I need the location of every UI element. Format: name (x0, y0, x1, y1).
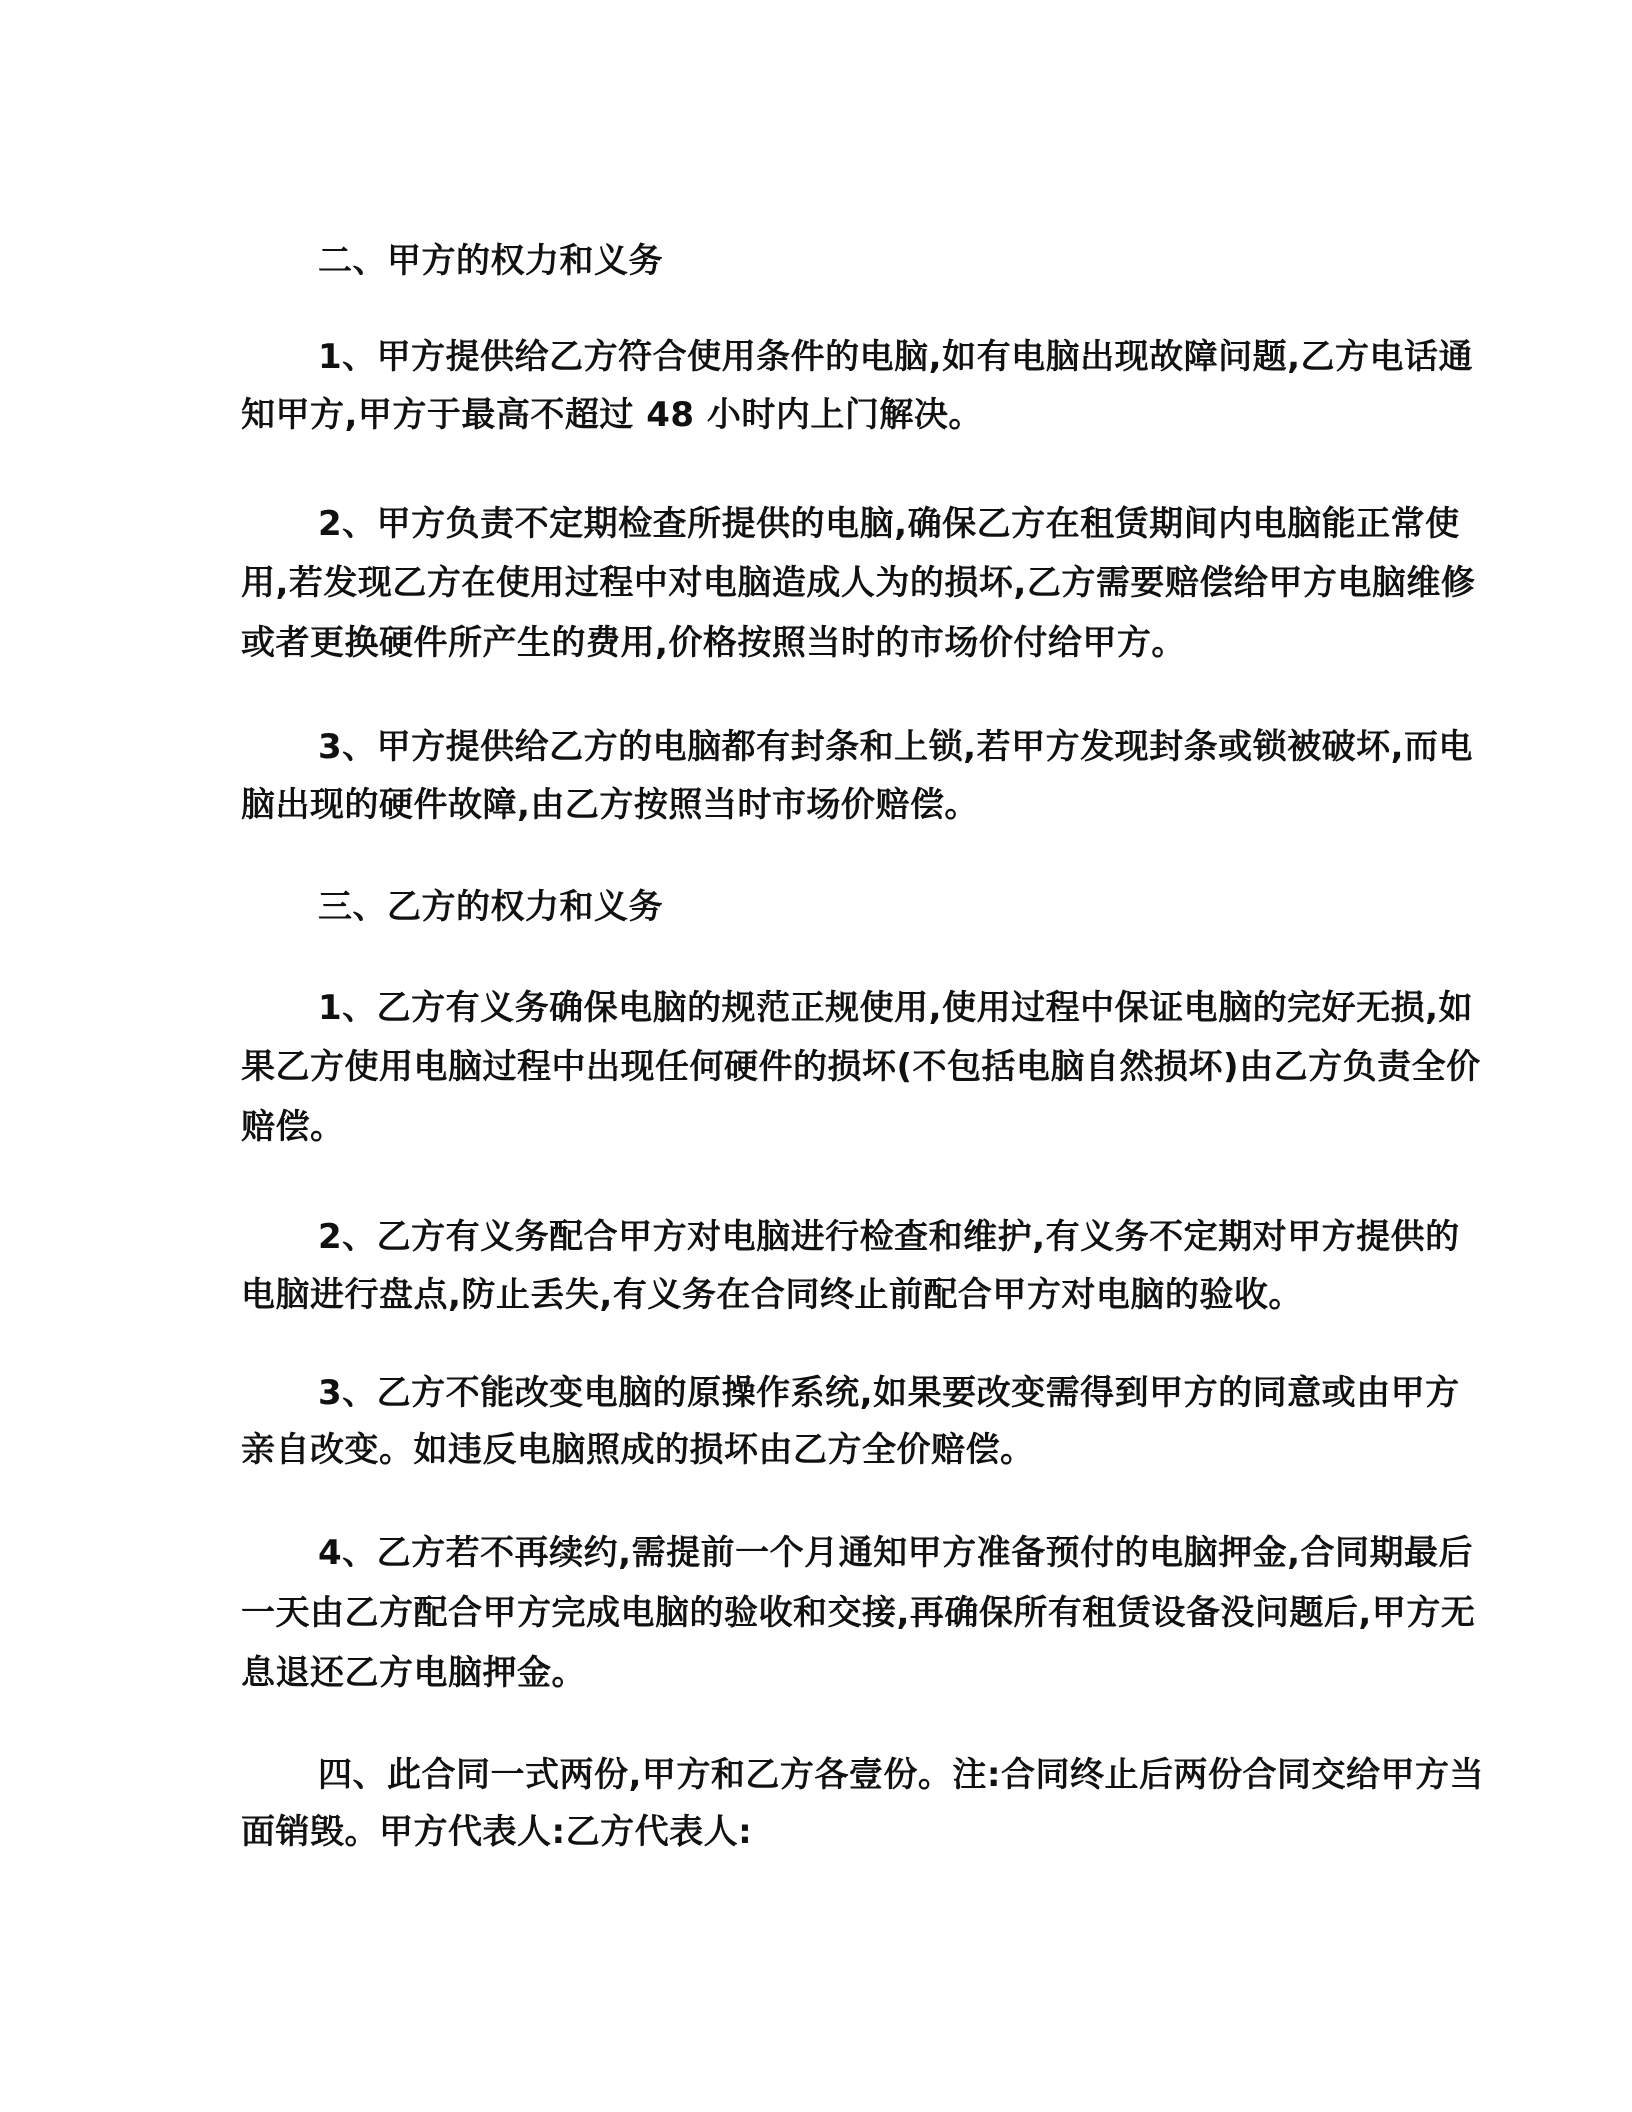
clause-line: 2、甲方负责不定期检查所提供的电脑,确保乙方在租赁期间内电脑能正常使 (318, 494, 1460, 554)
clause-line: 四、此合同一式两份,甲方和乙方各壹份。注:合同终止后两份合同交给甲方当 (318, 1745, 1484, 1805)
document-page: 二、甲方的权力和义务 1、甲方提供给乙方符合使用条件的电脑,如有电脑出现故障问题… (0, 0, 1632, 2112)
clause-line: 一天由乙方配合甲方完成电脑的验收和交接,再确保所有租赁设备没问题后,甲方无 (241, 1583, 1475, 1643)
clause-line: 知甲方,甲方于最高不超过 48 小时内上门解决。 (241, 385, 983, 445)
clause-line: 亲自改变。如违反电脑照成的损坏由乙方全价赔偿。 (241, 1420, 1035, 1480)
clause-line: 4、乙方若不再续约,需提前一个月通知甲方准备预付的电脑押金,合同期最后 (318, 1523, 1473, 1583)
section-heading-party-a-rights: 二、甲方的权力和义务 (318, 231, 663, 291)
clause-line: 赔偿。 (241, 1097, 345, 1157)
signature-line: 面销毁。甲方代表人:乙方代表人: (241, 1802, 752, 1862)
clause-line: 3、乙方不能改变电脑的原操作系统,如果要改变需得到甲方的同意或由甲方 (318, 1363, 1460, 1423)
clause-line: 果乙方使用电脑过程中出现任何硬件的损坏(不包括电脑自然损坏)由乙方负责全价 (241, 1037, 1481, 1097)
clause-line: 2、乙方有义务配合甲方对电脑进行检查和维护,有义务不定期对甲方提供的 (318, 1207, 1460, 1267)
clause-line: 1、甲方提供给乙方符合使用条件的电脑,如有电脑出现故障问题,乙方电话通 (318, 327, 1473, 387)
section-heading-party-b-rights: 三、乙方的权力和义务 (318, 877, 663, 937)
clause-line: 电脑进行盘点,防止丢失,有义务在合同终止前配合甲方对电脑的验收。 (241, 1265, 1303, 1325)
clause-line: 用,若发现乙方在使用过程中对电脑造成人为的损坏,乙方需要赔偿给甲方电脑维修 (241, 553, 1475, 613)
clause-line: 1、乙方有义务确保电脑的规范正规使用,使用过程中保证电脑的完好无损,如 (318, 978, 1473, 1038)
clause-line: 或者更换硬件所产生的费用,价格按照当时的市场价付给甲方。 (241, 613, 1186, 673)
clause-line: 脑出现的硬件故障,由乙方按照当时市场价赔偿。 (241, 775, 979, 835)
clause-line: 息退还乙方电脑押金。 (241, 1643, 586, 1703)
clause-line: 3、甲方提供给乙方的电脑都有封条和上锁,若甲方发现封条或锁被破坏,而电 (318, 717, 1473, 777)
